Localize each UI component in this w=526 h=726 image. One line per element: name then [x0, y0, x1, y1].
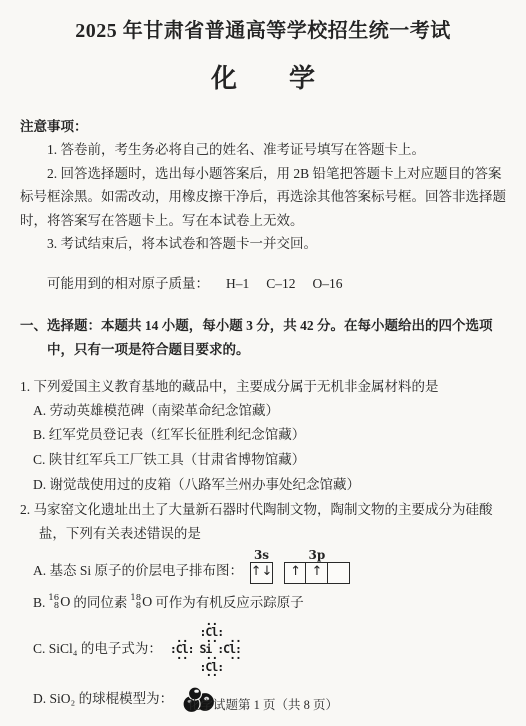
sicl4-lewis-structure: ·· :Cl: ·· ·· ·· :Cl: Si :Cl: ·· ·· ·· :… [170, 620, 241, 680]
orbital-diagram: 3s ↑↓ 3p ↑ ↑ [250, 548, 350, 584]
q1-option-a: A. 劳动英雄模范碑（南梁革命纪念馆藏） [20, 399, 506, 424]
question-2-stem: 2. 马家窑文化遗址出土了大量新石器时代陶制文物，陶制文物的主要成分为硅酸盐，下… [20, 498, 506, 546]
atomic-mass-label: 可能用到的相对原子质量： [47, 276, 209, 291]
q2-option-b: B. 168O 的同位素 188O 可作为有机反应示踪原子 [20, 591, 506, 615]
exam-title: 2025 年甘肃省普通高等学校招生统一考试 [20, 14, 506, 43]
notice-item-2: 2. 回答选择题时，选出每小题答案后，用 2B 铅笔把答题卡上对应题目的答案标号… [20, 162, 506, 233]
notices-heading: 注意事项： [20, 116, 506, 138]
q2-option-b-prefix: B. [33, 591, 45, 615]
orbital-3s-group: 3s ↑↓ [250, 548, 273, 584]
isotope-o16-number: 8 [54, 603, 59, 611]
isotope-o16-symbol: O [60, 591, 70, 615]
isotope-o16: 168O [48, 591, 70, 615]
notice-item-3: 3. 考试结束后，将本试卷和答题卡一并交回。 [20, 232, 506, 256]
orbital-3p-box-3 [327, 562, 350, 584]
atomic-mass-value: H–1 [226, 276, 249, 291]
question-1-stem: 1. 下列爱国主义教育基地的藏品中，主要成分属于无机非金属材料的是 [20, 375, 506, 399]
q2-option-a: A. 基态 Si 原子的价层电子排布图： 3s ↑↓ 3p ↑ ↑ [20, 548, 506, 584]
exam-page: 2025 年甘肃省普通高等学校招生统一考试 化 学 注意事项： 1. 答卷前，考… [0, 0, 526, 726]
isotope-o18-symbol: O [142, 591, 152, 615]
atomic-mass-value: C–12 [266, 276, 295, 291]
orbital-3p-group: 3p ↑ ↑ [284, 548, 350, 584]
q2-option-b-suffix: 可作为有机反应示踪原子 [155, 591, 304, 615]
page-footer: 化学试题第 1 页（共 8 页） [0, 695, 526, 713]
q1-option-d: D. 谢觉哉使用过的皮箱（八路军兰州办事处纪念馆藏） [20, 473, 506, 498]
orbital-3p-box-2: ↑ [305, 562, 328, 584]
atomic-mass-line: 可能用到的相对原子质量：H–1C–12O–16 [20, 272, 506, 296]
q2-option-c: C. SiCl₄ 的电子式为： ·· :Cl: ·· ·· ·· :Cl: Si… [20, 620, 506, 680]
q2-option-b-middle: 的同位素 [73, 591, 127, 615]
subject-title: 化 学 [20, 58, 506, 95]
isotope-o18: 188O [130, 591, 152, 615]
section-1-heading: 一、选择题：本题共 14 小题，每小题 3 分，共 42 分。在每小题给出的四个… [20, 314, 506, 361]
orbital-3p-box-1: ↑ [284, 562, 307, 584]
notice-item-1: 1. 答卷前，考生务必将自己的姓名、准考证号填写在答题卡上。 [20, 138, 506, 162]
q2-option-c-label: C. SiCl₄ 的电子式为： [33, 637, 162, 662]
q1-option-c: C. 陕甘红军兵工厂铁工具（甘肃省博物馆藏） [20, 448, 506, 473]
q2-option-a-label: A. 基态 Si 原子的价层电子排布图： [33, 558, 243, 584]
isotope-o18-number: 8 [136, 603, 141, 611]
atomic-mass-value: O–16 [313, 276, 343, 291]
q1-option-b: B. 红军党员登记表（红军长征胜利纪念馆藏） [20, 423, 506, 448]
orbital-3s-box: ↑↓ [250, 562, 273, 584]
